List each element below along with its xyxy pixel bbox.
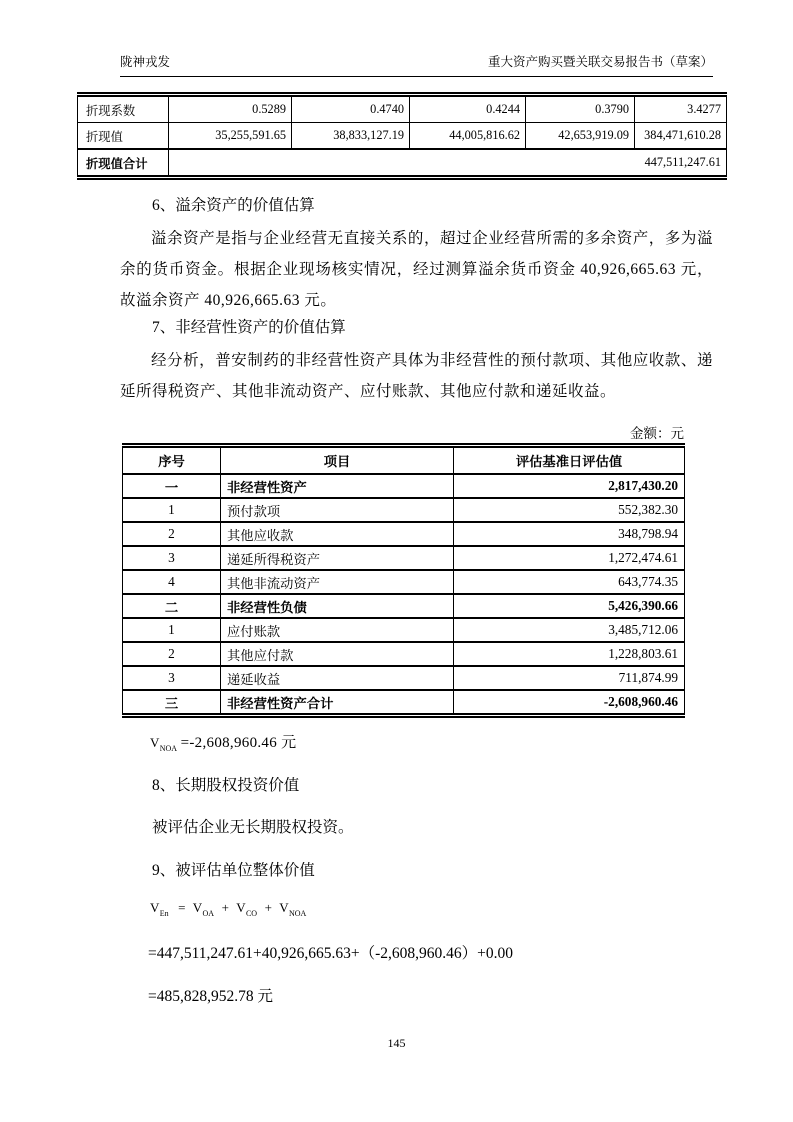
section-8-paragraph: 被评估企业无长期股权投资。 (120, 815, 745, 837)
discount-factor-row: 折现系数 0.5289 0.4740 0.4244 0.3790 3.4277 (78, 95, 727, 123)
row-label: 折现系数 (78, 95, 169, 123)
cell-value: 1,228,803.61 (454, 642, 685, 666)
plus-sign: + (222, 900, 230, 915)
table-cell: 35,255,591.65 (169, 123, 292, 150)
row-label: 折现值 (78, 123, 169, 150)
cell-no: 2 (123, 522, 221, 546)
cell-no: 3 (123, 546, 221, 570)
discount-value-row: 折现值 35,255,591.65 38,833,127.19 44,005,8… (78, 123, 727, 150)
cell-item: 递延收益 (221, 666, 454, 690)
formula-variable: V (236, 900, 246, 915)
col-header-item: 项目 (221, 446, 454, 475)
formula-subscript: OA (203, 909, 215, 918)
cell-no: 3 (123, 666, 221, 690)
cell-value: -2,608,960.46 (454, 690, 685, 716)
table-cell: 44,005,816.62 (410, 123, 526, 150)
cell-item: 非经营性资产合计 (221, 690, 454, 716)
discount-total-row: 折现值合计 447,511,247.61 (78, 149, 727, 178)
cell-value: 2,817,430.20 (454, 474, 685, 498)
cell-value: 3,485,712.06 (454, 618, 685, 642)
cell-item: 预付款项 (221, 498, 454, 522)
table-cell: 0.3790 (526, 95, 635, 123)
section-7-paragraph: 经分析，普安制药的非经营性资产具体为非经营性的预付款项、其他应收款、递延所得税资… (120, 345, 713, 407)
cell-item: 非经营性资产 (221, 474, 454, 498)
table-row: 4 其他非流动资产 643,774.35 (123, 570, 685, 594)
cell-value: 643,774.35 (454, 570, 685, 594)
formula-variable: V (150, 900, 160, 915)
col-header-no: 序号 (123, 446, 221, 475)
cell-value: 348,798.94 (454, 522, 685, 546)
cell-item: 其他应收款 (221, 522, 454, 546)
formula-result: =-2,608,960.46 元 (181, 735, 297, 751)
calculation-line-2: =485,828,952.78 元 (148, 984, 273, 1006)
cell-value: 5,426,390.66 (454, 594, 685, 618)
formula-variable: V (193, 900, 203, 915)
calculation-line-1: =447,511,247.61+40,926,665.63+（-2,608,96… (148, 941, 513, 963)
cell-value: 552,382.30 (454, 498, 685, 522)
table-cell: 38,833,127.19 (292, 123, 410, 150)
ven-formula: VEn =VOA +VCO +VNOA (150, 900, 306, 918)
formula-subscript: NOA (160, 744, 177, 753)
document-page: { "header": { "left": "陇神戎发", "right": "… (0, 0, 793, 1122)
table-row: 2 其他应收款 348,798.94 (123, 522, 685, 546)
formula-subscript: NOA (289, 909, 306, 918)
formula-subscript: En (160, 909, 169, 918)
table-cell: 0.4244 (410, 95, 526, 123)
page-number: 145 (0, 1036, 793, 1051)
table-cell: 0.5289 (169, 95, 292, 123)
section-6-heading: 6、溢余资产的价值估算 (120, 193, 745, 215)
table-cell: 0.4740 (292, 95, 410, 123)
cell-item: 应付账款 (221, 618, 454, 642)
equals-sign: = (178, 900, 186, 915)
section-8-heading: 8、长期股权投资价值 (120, 773, 745, 795)
vnoa-formula: VNOA =-2,608,960.46 元 (150, 731, 296, 753)
row-label: 折现值合计 (78, 149, 169, 178)
cell-no: 1 (123, 498, 221, 522)
total-value-cell: 447,511,247.61 (169, 149, 727, 178)
cell-item: 其他应付款 (221, 642, 454, 666)
table-row: 1 应付账款 3,485,712.06 (123, 618, 685, 642)
cell-no: 1 (123, 618, 221, 642)
table-row: 二 非经营性负债 5,426,390.66 (123, 594, 685, 618)
table-row: 3 递延收益 711,874.99 (123, 666, 685, 690)
section-9-heading: 9、被评估单位整体价值 (120, 858, 745, 880)
cell-no: 4 (123, 570, 221, 594)
table-total-row: 三 非经营性资产合计 -2,608,960.46 (123, 690, 685, 716)
discount-table: 折现系数 0.5289 0.4740 0.4244 0.3790 3.4277 … (77, 92, 727, 180)
header-company: 陇神戎发 (120, 52, 170, 70)
table-row: 1 预付款项 552,382.30 (123, 498, 685, 522)
header-report-title: 重大资产购买暨关联交易报告书（草案） (488, 52, 713, 70)
plus-sign: + (265, 900, 273, 915)
section-6-paragraph: 溢余资产是指与企业经营无直接关系的，超过企业经营所需的多余资产，多为溢余的货币资… (120, 223, 713, 316)
formula-variable: V (279, 900, 289, 915)
formula-subscript: CO (246, 909, 257, 918)
col-header-value: 评估基准日评估值 (454, 446, 685, 475)
section-7-heading: 7、非经营性资产的价值估算 (120, 315, 745, 337)
cell-item: 其他非流动资产 (221, 570, 454, 594)
non-operating-assets-table: 序号 项目 评估基准日评估值 一 非经营性资产 2,817,430.20 1 预… (122, 443, 685, 718)
table-cell: 3.4277 (635, 95, 727, 123)
cell-item: 递延所得税资产 (221, 546, 454, 570)
table-cell: 384,471,610.28 (635, 123, 727, 150)
table-row: 2 其他应付款 1,228,803.61 (123, 642, 685, 666)
cell-no: 二 (123, 594, 221, 618)
amount-unit-note: 金额：元 (122, 422, 684, 442)
page-header: 陇神戎发 重大资产购买暨关联交易报告书（草案） (120, 52, 713, 77)
cell-item: 非经营性负债 (221, 594, 454, 618)
cell-no: 2 (123, 642, 221, 666)
table-row: 一 非经营性资产 2,817,430.20 (123, 474, 685, 498)
table-header-row: 序号 项目 评估基准日评估值 (123, 446, 685, 475)
cell-no: 一 (123, 474, 221, 498)
cell-value: 711,874.99 (454, 666, 685, 690)
cell-no: 三 (123, 690, 221, 716)
table-row: 3 递延所得税资产 1,272,474.61 (123, 546, 685, 570)
cell-value: 1,272,474.61 (454, 546, 685, 570)
formula-variable: V (150, 735, 160, 750)
table-cell: 42,653,919.09 (526, 123, 635, 150)
